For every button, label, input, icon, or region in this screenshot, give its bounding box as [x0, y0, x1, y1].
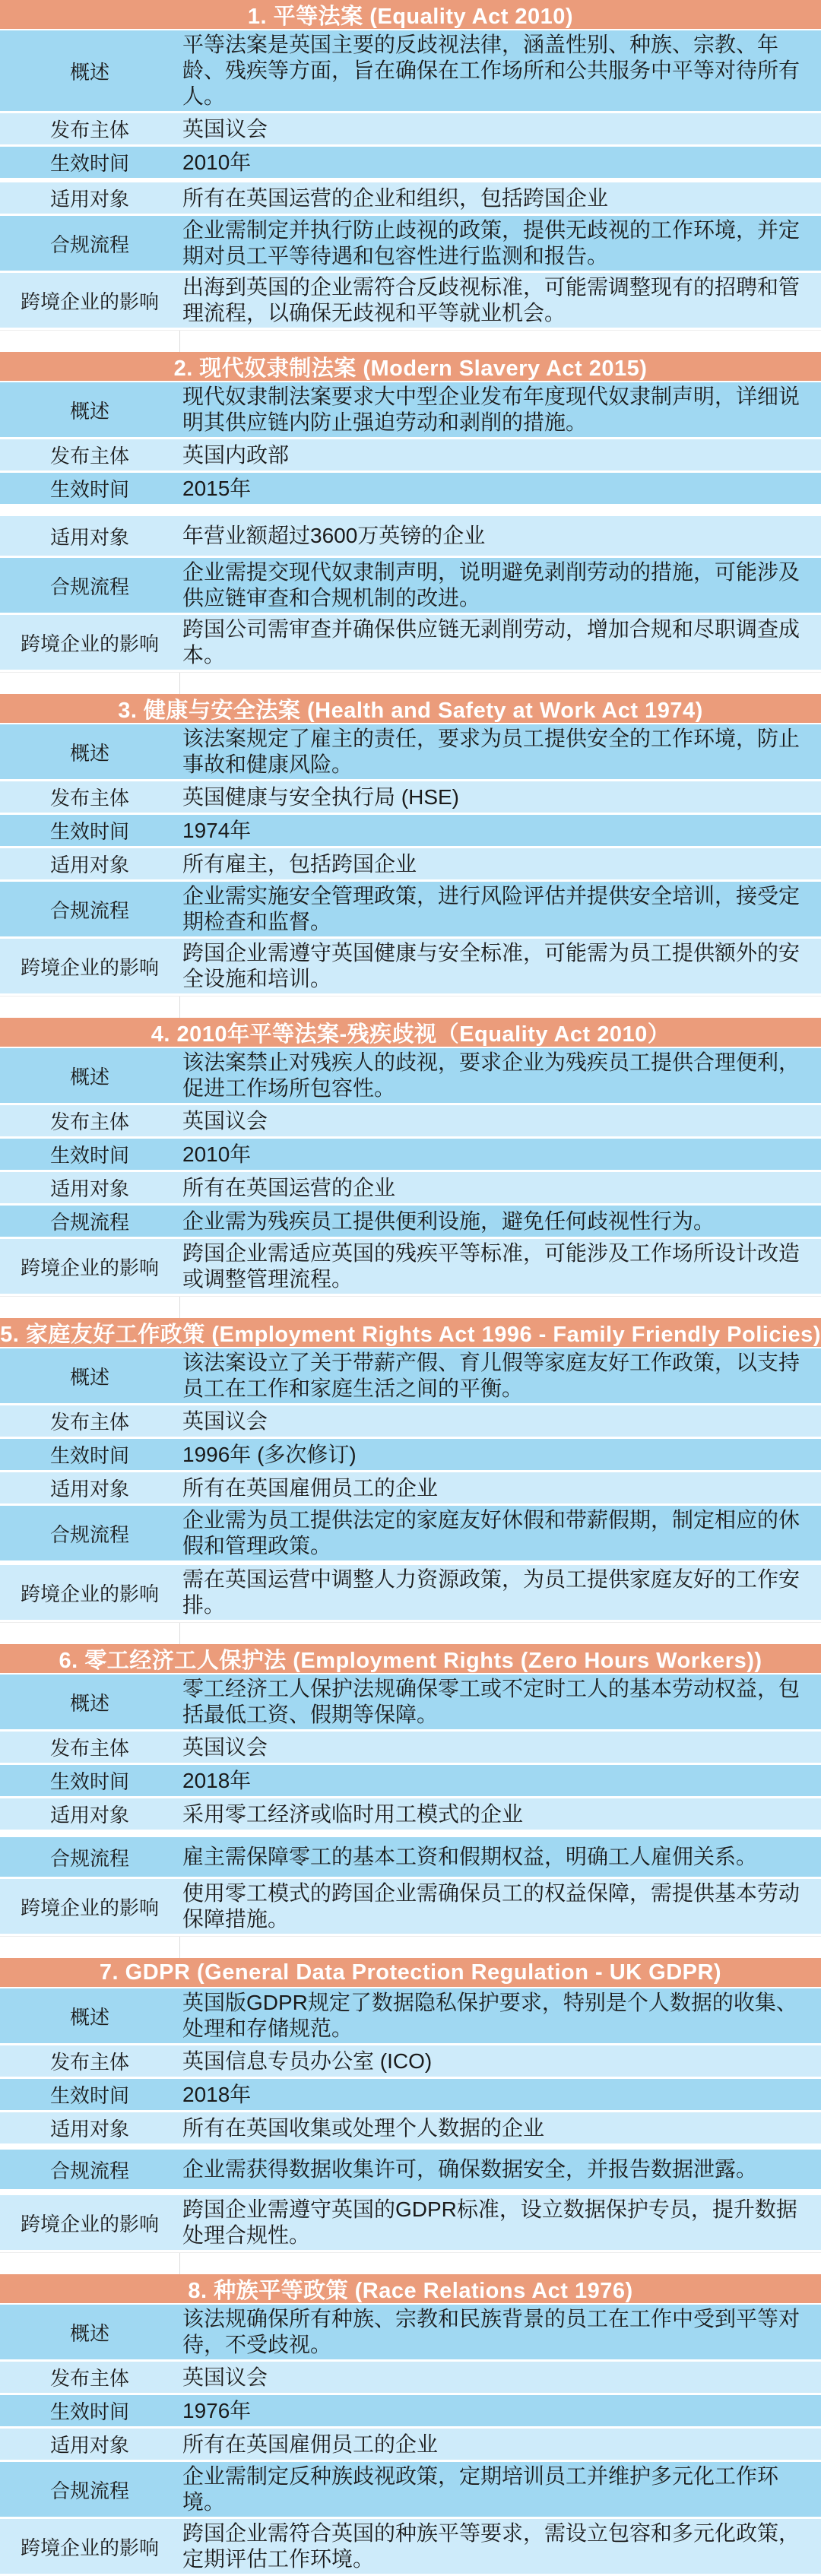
row-value: 2015年 — [179, 473, 821, 504]
row-label: 适用对象 — [0, 1472, 179, 1503]
table-row: 合规流程 企业需制定并执行防止歧视的政策，提供无歧视的工作环境，并定期对员工平等… — [0, 216, 821, 271]
table-row: 概述 该法案禁止对残疾人的歧视，要求企业为残疾员工提供合理便利，促进工作场所包容… — [0, 1048, 821, 1103]
row-value: 所有在英国雇佣员工的企业 — [179, 1472, 821, 1503]
table-row: 发布主体 英国议会 — [0, 113, 821, 144]
row-label: 跨境企业的影响 — [0, 1879, 179, 1934]
table-row: 概述 该法案规定了雇主的责任，要求为员工提供安全的工作环境，防止事故和健康风险。 — [0, 724, 821, 779]
row-label: 跨境企业的影响 — [0, 2519, 179, 2574]
table-row: 跨境企业的影响 出海到英国的企业需符合反歧视标准，可能需调整现有的招聘和管理流程… — [0, 273, 821, 328]
row-value: 该法案禁止对残疾人的歧视，要求企业为残疾员工提供合理便利，促进工作场所包容性。 — [179, 1048, 821, 1103]
section-separator — [0, 1296, 821, 1318]
section-header: 7. GDPR (General Data Protection Regulat… — [0, 1958, 821, 1987]
section-header: 1. 平等法案 (Equality Act 2010) — [0, 0, 821, 29]
row-label: 生效时间 — [0, 147, 179, 178]
section-separator — [0, 330, 821, 352]
row-value: 1976年 — [179, 2395, 821, 2426]
row-value: 年营业额超过3600万英镑的企业 — [179, 516, 821, 556]
row-value: 平等法案是英国主要的反歧视法律，涵盖性别、种族、宗教、年龄、残疾等方面，旨在确保… — [179, 30, 821, 111]
table-row: 适用对象 年营业额超过3600万英镑的企业 — [0, 516, 821, 556]
table-row: 概述 平等法案是英国主要的反歧视法律，涵盖性别、种族、宗教、年龄、残疾等方面，旨… — [0, 30, 821, 111]
row-label: 生效时间 — [0, 1139, 179, 1170]
row-value: 1974年 — [179, 815, 821, 846]
row-value: 需在英国运营中调整人力资源政策，为员工提供家庭友好的工作安排。 — [179, 1565, 821, 1620]
row-value: 企业需制定反种族歧视政策，定期培训员工并维护多元化工作环境。 — [179, 2462, 821, 2517]
row-value: 跨国企业需遵守英国的GDPR标准，设立数据保护专员，提升数据处理合规性。 — [179, 2195, 821, 2250]
table-row: 跨境企业的影响 跨国企业需符合英国的种族平等要求，需设立包容和多元化政策，定期评… — [0, 2519, 821, 2574]
table-row: 适用对象 所有在英国雇佣员工的企业 — [0, 2429, 821, 2460]
row-value: 该法案设立了关于带薪产假、育儿假等家庭友好工作政策，以支持员工在工作和家庭生活之… — [179, 1348, 821, 1403]
row-value: 采用零工经济或临时用工模式的企业 — [179, 1798, 821, 1830]
row-label: 合规流程 — [0, 558, 179, 613]
row-value: 英国议会 — [179, 2362, 821, 2393]
section-separator — [0, 1622, 821, 1644]
table-row: 合规流程 企业需获得数据收集许可，确保数据安全，并报告数据泄露。 — [0, 2150, 821, 2189]
section-separator — [0, 672, 821, 694]
table-row: 概述 现代奴隶制法案要求大中型企业发布年度现代奴隶制声明，详细说明其供应链内防止… — [0, 382, 821, 437]
table-row: 跨境企业的影响 使用零工模式的跨国企业需确保员工的权益保障，需提供基本劳动保障措… — [0, 1879, 821, 1934]
table-row: 发布主体 英国内政部 — [0, 439, 821, 471]
row-label: 跨境企业的影响 — [0, 1239, 179, 1294]
row-value: 所有雇主，包括跨国企业 — [179, 848, 821, 879]
row-value: 出海到英国的企业需符合反歧视标准，可能需调整现有的招聘和管理流程，以确保无歧视和… — [179, 273, 821, 328]
row-label: 适用对象 — [0, 2112, 179, 2143]
row-label: 发布主体 — [0, 1732, 179, 1763]
row-value: 跨国企业需适应英国的残疾平等标准，可能涉及工作场所设计改造或调整管理流程。 — [179, 1239, 821, 1294]
row-value: 英国版GDPR规定了数据隐私保护要求，特别是个人数据的收集、处理和存储规范。 — [179, 1988, 821, 2043]
table-row: 概述 该法案设立了关于带薪产假、育儿假等家庭友好工作政策，以支持员工在工作和家庭… — [0, 1348, 821, 1403]
row-label: 概述 — [0, 1675, 179, 1729]
table-row: 适用对象 所有在英国运营的企业和组织，包括跨国企业 — [0, 182, 821, 214]
law-section-1: 1. 平等法案 (Equality Act 2010) 概述 平等法案是英国主要… — [0, 0, 821, 352]
table-row: 合规流程 企业需为员工提供法定的家庭友好休假和带薪假期，制定相应的休假和管理政策… — [0, 1506, 821, 1560]
row-label: 生效时间 — [0, 1439, 179, 1470]
row-label: 合规流程 — [0, 1206, 179, 1237]
row-value: 英国信息专员办公室 (ICO) — [179, 2045, 821, 2077]
table-row: 生效时间 1974年 — [0, 815, 821, 846]
table-row: 合规流程 企业需为残疾员工提供便利设施，避免任何歧视性行为。 — [0, 1206, 821, 1237]
row-label: 适用对象 — [0, 516, 179, 556]
row-label: 合规流程 — [0, 216, 179, 271]
row-label: 适用对象 — [0, 1172, 179, 1203]
row-value: 2018年 — [179, 1765, 821, 1796]
row-label: 概述 — [0, 1348, 179, 1403]
section-separator — [0, 2252, 821, 2274]
table-row: 适用对象 采用零工经济或临时用工模式的企业 — [0, 1798, 821, 1830]
row-value: 英国健康与安全执行局 (HSE) — [179, 781, 821, 813]
table-row: 合规流程 企业需实施安全管理政策，进行风险评估并提供安全培训，接受定期检查和监督… — [0, 882, 821, 936]
row-value: 英国议会 — [179, 113, 821, 144]
table-row: 生效时间 1976年 — [0, 2395, 821, 2426]
row-value: 使用零工模式的跨国企业需确保员工的权益保障，需提供基本劳动保障措施。 — [179, 1879, 821, 1934]
row-value: 2010年 — [179, 1139, 821, 1170]
section-separator — [0, 1936, 821, 1958]
table-row: 发布主体 英国议会 — [0, 1405, 821, 1437]
row-label: 概述 — [0, 382, 179, 437]
law-section-6: 6. 零工经济工人保护法 (Employment Rights (Zero Ho… — [0, 1644, 821, 1958]
row-label: 适用对象 — [0, 2429, 179, 2460]
row-value: 所有在英国运营的企业和组织，包括跨国企业 — [179, 182, 821, 214]
law-section-2: 2. 现代奴隶制法案 (Modern Slavery Act 2015) 概述 … — [0, 352, 821, 694]
row-label: 概述 — [0, 2305, 179, 2359]
row-label: 合规流程 — [0, 1837, 179, 1877]
row-value: 企业需提交现代奴隶制声明，说明避免剥削劳动的措施，可能涉及供应链审查和合规机制的… — [179, 558, 821, 613]
row-label: 适用对象 — [0, 182, 179, 214]
table-row: 生效时间 2010年 — [0, 1139, 821, 1170]
row-value: 雇主需保障零工的基本工资和假期权益，明确工人雇佣关系。 — [179, 1837, 821, 1877]
row-label: 跨境企业的影响 — [0, 273, 179, 328]
section-separator — [0, 996, 821, 1018]
table-row: 生效时间 1996年 (多次修订) — [0, 1439, 821, 1470]
section-header: 2. 现代奴隶制法案 (Modern Slavery Act 2015) — [0, 352, 821, 381]
row-value: 企业需为员工提供法定的家庭友好休假和带薪假期，制定相应的休假和管理政策。 — [179, 1506, 821, 1560]
row-label: 合规流程 — [0, 882, 179, 936]
table-row: 概述 英国版GDPR规定了数据隐私保护要求，特别是个人数据的收集、处理和存储规范… — [0, 1988, 821, 2043]
table-row: 生效时间 2015年 — [0, 473, 821, 504]
row-label: 发布主体 — [0, 439, 179, 471]
law-section-4: 4. 2010年平等法案-残疾歧视（Equality Act 2010） 概述 … — [0, 1018, 821, 1318]
row-label: 跨境企业的影响 — [0, 1565, 179, 1620]
table-row: 跨境企业的影响 跨国企业需适应英国的残疾平等标准，可能涉及工作场所设计改造或调整… — [0, 1239, 821, 1294]
law-section-7: 7. GDPR (General Data Protection Regulat… — [0, 1958, 821, 2274]
row-value: 所有在英国收集或处理个人数据的企业 — [179, 2112, 821, 2143]
row-value: 该法规确保所有种族、宗教和民族背景的员工在工作中受到平等对待，不受歧视。 — [179, 2305, 821, 2359]
table-row: 生效时间 2018年 — [0, 2079, 821, 2110]
row-value: 英国议会 — [179, 1732, 821, 1763]
row-value: 英国议会 — [179, 1105, 821, 1136]
table-row: 发布主体 英国议会 — [0, 1105, 821, 1136]
row-value: 2018年 — [179, 2079, 821, 2110]
row-label: 发布主体 — [0, 113, 179, 144]
row-label: 发布主体 — [0, 1405, 179, 1437]
table-row: 跨境企业的影响 需在英国运营中调整人力资源政策，为员工提供家庭友好的工作安排。 — [0, 1565, 821, 1620]
row-value: 1996年 (多次修订) — [179, 1439, 821, 1470]
row-label: 概述 — [0, 1988, 179, 2043]
row-label: 发布主体 — [0, 2362, 179, 2393]
row-label: 跨境企业的影响 — [0, 615, 179, 670]
table-row: 跨境企业的影响 跨国企业需遵守英国健康与安全标准，可能需为员工提供额外的安全设施… — [0, 939, 821, 993]
row-value: 企业需实施安全管理政策，进行风险评估并提供安全培训，接受定期检查和监督。 — [179, 882, 821, 936]
row-label: 适用对象 — [0, 1798, 179, 1830]
row-label: 生效时间 — [0, 1765, 179, 1796]
table-row: 跨境企业的影响 跨国公司需审查并确保供应链无剥削劳动，增加合规和尽职调查成本。 — [0, 615, 821, 670]
table-row: 适用对象 所有在英国雇佣员工的企业 — [0, 1472, 821, 1503]
table-row: 概述 该法规确保所有种族、宗教和民族背景的员工在工作中受到平等对待，不受歧视。 — [0, 2305, 821, 2359]
row-value: 企业需获得数据收集许可，确保数据安全，并报告数据泄露。 — [179, 2150, 821, 2189]
row-label: 概述 — [0, 30, 179, 111]
row-value: 英国议会 — [179, 1405, 821, 1437]
row-value: 零工经济工人保护法规确保零工或不定时工人的基本劳动权益，包括最低工资、假期等保障… — [179, 1675, 821, 1729]
row-label: 发布主体 — [0, 2045, 179, 2077]
row-label: 生效时间 — [0, 2395, 179, 2426]
table-row: 适用对象 所有雇主，包括跨国企业 — [0, 848, 821, 879]
row-value: 2010年 — [179, 147, 821, 178]
table-row: 生效时间 2018年 — [0, 1765, 821, 1796]
section-header: 3. 健康与安全法案 (Health and Safety at Work Ac… — [0, 694, 821, 723]
row-value: 企业需为残疾员工提供便利设施，避免任何歧视性行为。 — [179, 1206, 821, 1237]
row-value: 现代奴隶制法案要求大中型企业发布年度现代奴隶制声明，详细说明其供应链内防止强迫劳… — [179, 382, 821, 437]
section-header: 8. 种族平等政策 (Race Relations Act 1976) — [0, 2274, 821, 2303]
row-label: 发布主体 — [0, 1105, 179, 1136]
row-value: 企业需制定并执行防止歧视的政策，提供无歧视的工作环境，并定期对员工平等待遇和包容… — [179, 216, 821, 271]
law-section-5: 5. 家庭友好工作政策 (Employment Rights Act 1996 … — [0, 1318, 821, 1644]
table-row: 发布主体 英国健康与安全执行局 (HSE) — [0, 781, 821, 813]
row-label: 概述 — [0, 724, 179, 779]
table-row: 适用对象 所有在英国运营的企业 — [0, 1172, 821, 1203]
law-section-3: 3. 健康与安全法案 (Health and Safety at Work Ac… — [0, 694, 821, 1018]
row-value: 该法案规定了雇主的责任，要求为员工提供安全的工作环境，防止事故和健康风险。 — [179, 724, 821, 779]
row-label: 合规流程 — [0, 1506, 179, 1560]
row-value: 所有在英国雇佣员工的企业 — [179, 2429, 821, 2460]
law-compliance-table: 1. 平等法案 (Equality Act 2010) 概述 平等法案是英国主要… — [0, 0, 821, 2574]
table-row: 发布主体 英国议会 — [0, 1732, 821, 1763]
law-section-8: 8. 种族平等政策 (Race Relations Act 1976) 概述 该… — [0, 2274, 821, 2574]
row-label: 发布主体 — [0, 781, 179, 813]
section-header: 4. 2010年平等法案-残疾歧视（Equality Act 2010） — [0, 1018, 821, 1047]
row-label: 生效时间 — [0, 2079, 179, 2110]
section-header: 6. 零工经济工人保护法 (Employment Rights (Zero Ho… — [0, 1644, 821, 1673]
section-header: 5. 家庭友好工作政策 (Employment Rights Act 1996 … — [0, 1318, 821, 1347]
row-value: 跨国公司需审查并确保供应链无剥削劳动，增加合规和尽职调查成本。 — [179, 615, 821, 670]
row-value: 跨国企业需符合英国的种族平等要求，需设立包容和多元化政策，定期评估工作环境。 — [179, 2519, 821, 2574]
table-row: 发布主体 英国议会 — [0, 2362, 821, 2393]
row-label: 跨境企业的影响 — [0, 2195, 179, 2250]
row-label: 合规流程 — [0, 2150, 179, 2189]
table-row: 合规流程 雇主需保障零工的基本工资和假期权益，明确工人雇佣关系。 — [0, 1837, 821, 1877]
row-value: 英国内政部 — [179, 439, 821, 471]
row-label: 概述 — [0, 1048, 179, 1103]
table-row: 生效时间 2010年 — [0, 147, 821, 178]
row-value: 所有在英国运营的企业 — [179, 1172, 821, 1203]
row-label: 跨境企业的影响 — [0, 939, 179, 993]
table-row: 概述 零工经济工人保护法规确保零工或不定时工人的基本劳动权益，包括最低工资、假期… — [0, 1675, 821, 1729]
row-label: 生效时间 — [0, 473, 179, 504]
row-label: 合规流程 — [0, 2462, 179, 2517]
row-label: 适用对象 — [0, 848, 179, 879]
table-row: 跨境企业的影响 跨国企业需遵守英国的GDPR标准，设立数据保护专员，提升数据处理… — [0, 2195, 821, 2250]
row-value: 跨国企业需遵守英国健康与安全标准，可能需为员工提供额外的安全设施和培训。 — [179, 939, 821, 993]
table-row: 合规流程 企业需制定反种族歧视政策，定期培训员工并维护多元化工作环境。 — [0, 2462, 821, 2517]
table-row: 发布主体 英国信息专员办公室 (ICO) — [0, 2045, 821, 2077]
table-row: 合规流程 企业需提交现代奴隶制声明，说明避免剥削劳动的措施，可能涉及供应链审查和… — [0, 558, 821, 613]
row-label: 生效时间 — [0, 815, 179, 846]
table-row: 适用对象 所有在英国收集或处理个人数据的企业 — [0, 2112, 821, 2143]
